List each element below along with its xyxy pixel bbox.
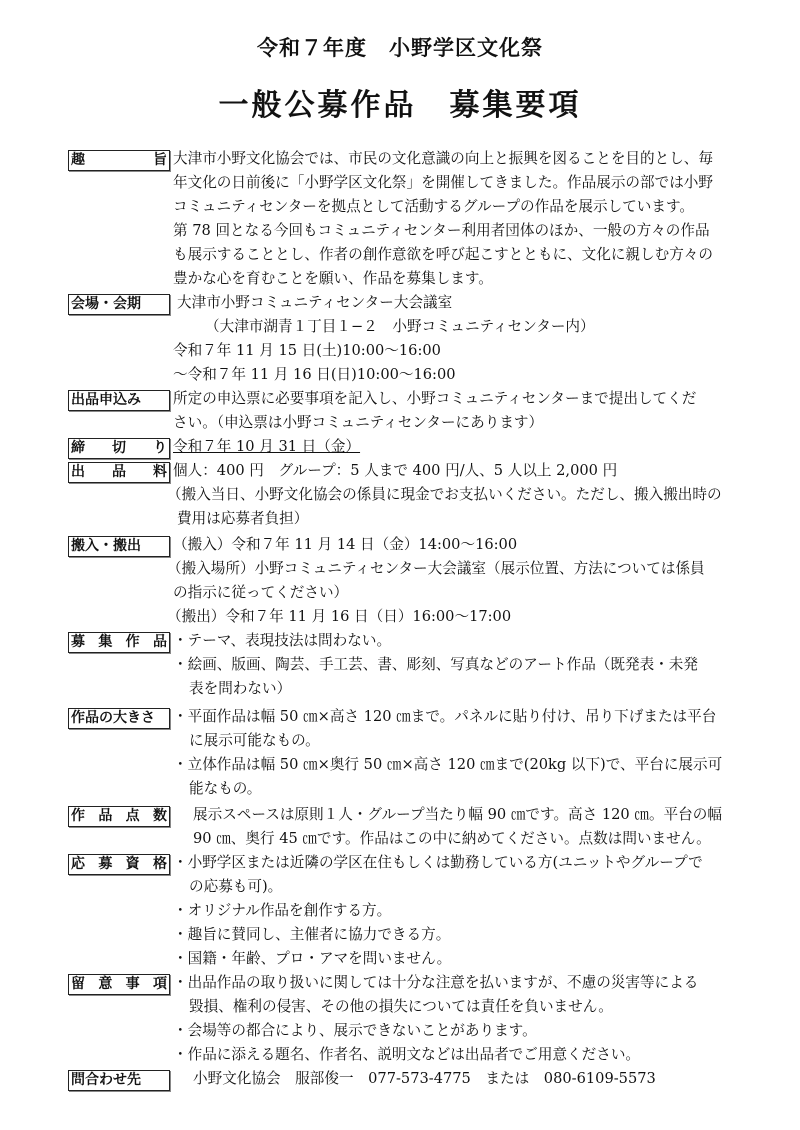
- text-line: 年文化の日前後に「小野学区文化祭」を開催してきました。作品展示の部では小野: [173, 171, 753, 195]
- label-char: 数: [153, 807, 167, 826]
- text-line: （大津市湖青１丁目１−２ 小野コミュニティセンター内）: [173, 315, 753, 339]
- text-line: 豊かな心を育むことを願い、作品を募集します。: [173, 267, 753, 291]
- text-line: 能なもの。: [173, 777, 753, 801]
- section-content-notes: ・出品作品の取り扱いに関しては十分な注意を払いますが、不慮の災害等による 毀損、…: [173, 971, 753, 1067]
- label-char: 事: [126, 975, 140, 994]
- label-text: 出品申込み: [71, 391, 141, 410]
- section-content-application: 所定の申込票に必要事項を記入し、小野コミュニティセンターまで提出してくだ さい。…: [173, 387, 753, 435]
- section-label-eligibility: 応 募 資 格: [68, 854, 170, 875]
- list-item: ・テーマ、表現技法は問わない。: [173, 629, 753, 653]
- section-content-contact: 小野文化協会 服部俊一 077-573-4775 または 080-6109-55…: [173, 1067, 753, 1091]
- section-content-eligibility: ・小野学区または近隣の学区在住もしくは勤務している方(ユニットやグループで の応…: [173, 851, 753, 971]
- document-subtitle: 令和７年度 小野学区文化祭: [0, 32, 800, 62]
- text-line: 90 ㎝、奥行 45 ㎝です。作品はこの中に納めてください。点数は問いません。: [173, 827, 753, 851]
- contact-info: 小野文化協会 服部俊一 077-573-4775 または 080-6109-55…: [173, 1067, 753, 1091]
- document-title: 一般公募作品 募集要項: [0, 80, 800, 124]
- document-page: 令和７年度 小野学区文化祭 一般公募作品 募集要項 趣 旨 大津市小野文化協会で…: [0, 0, 800, 1130]
- label-char: 作: [126, 633, 140, 652]
- text-line: さい。（申込票は小野コミュニティセンターにあります）: [173, 411, 753, 435]
- label-char: 応: [71, 855, 85, 874]
- section-content-works: ・テーマ、表現技法は問わない。 ・絵画、版画、陶芸、手工芸、書、彫刻、写真などの…: [173, 629, 753, 701]
- section-label-application: 出品申込み: [68, 390, 170, 411]
- text-line: に展示可能なもの。: [173, 729, 753, 753]
- label-char: 出: [71, 463, 85, 482]
- text-line: 個人：400 円 グループ：5 人まで 400 円/人、5 人以上 2,000 …: [173, 459, 753, 483]
- section-content-delivery: （搬入）令和７年 11 月 14 日（金）14:00〜16:00 （搬入場所）小…: [173, 533, 753, 629]
- label-char: 品: [112, 463, 126, 482]
- list-item: ・趣旨に賛同し、主催者に協力できる方。: [173, 923, 753, 947]
- text-line: の応募も可)。: [173, 875, 753, 899]
- section-label-fee: 出 品 料: [68, 462, 170, 483]
- list-item: ・平面作品は幅 50 ㎝×高さ 120 ㎝まで。パネルに貼り付け、吊り下げまたは…: [173, 705, 753, 729]
- section-content-size: ・平面作品は幅 50 ㎝×高さ 120 ㎝まで。パネルに貼り付け、吊り下げまたは…: [173, 705, 753, 801]
- section-label-works: 募 集 作 品: [68, 632, 170, 653]
- section-content-venue: 大津市小野コミュニティセンター大会議室 （大津市湖青１丁目１−２ 小野コミュニテ…: [173, 291, 753, 387]
- text-line: （搬出）令和７年 11 月 16 日（日）16:00〜17:00: [167, 605, 753, 629]
- label-char: 料: [153, 463, 167, 482]
- section-label-size: 作品の大きさ: [68, 708, 170, 729]
- section-label-contact: 問合わせ先: [68, 1070, 170, 1091]
- label-char: 旨: [153, 151, 167, 170]
- list-item: ・絵画、版画、陶芸、手工芸、書、彫刻、写真などのアート作品（既発表・未発: [173, 653, 753, 677]
- label-char: 資: [126, 855, 140, 874]
- label-char: 項: [153, 975, 167, 994]
- deadline-date: 令和７年 10 月 31 日（金）: [173, 435, 753, 459]
- label-char: 趣: [71, 151, 85, 170]
- list-item: ・会場等の都合により、展示できないことがあります。: [173, 1019, 753, 1043]
- label-text: 搬入・搬出: [71, 537, 141, 556]
- section-label-purpose: 趣 旨: [68, 150, 170, 171]
- section-label-notes: 留 意 事 項: [68, 974, 170, 995]
- section-content-count: 展示スペースは原則１人・グループ当たり幅 90 ㎝です。高さ 120 ㎝。平台の…: [173, 803, 753, 851]
- section-label-count: 作 品 点 数: [68, 806, 170, 827]
- text-line: 費用は応募者負担）: [173, 507, 753, 531]
- text-line: も展示することとし、作者の創作意欲を呼び起こすとともに、文化に親しむ方々の: [173, 243, 753, 267]
- label-char: 格: [153, 855, 167, 874]
- label-char: 作: [71, 807, 85, 826]
- label-char: 募: [98, 855, 112, 874]
- list-item: ・国籍・年齢、プロ・アマを問いません。: [173, 947, 753, 971]
- list-item: ・立体作品は幅 50 ㎝×奥行 50 ㎝×高さ 120 ㎝まで(20kg 以下)…: [173, 753, 753, 777]
- text-line: 展示スペースは原則１人・グループ当たり幅 90 ㎝です。高さ 120 ㎝。平台の…: [173, 803, 753, 827]
- text-line: 毀損、権利の侵害、その他の損失については責任を負いません。: [173, 995, 753, 1019]
- text-line: 表を問わない）: [173, 677, 753, 701]
- label-char: 締: [71, 439, 85, 458]
- label-text: 作品の大きさ: [71, 709, 155, 728]
- label-text: 会場・会期: [71, 295, 141, 314]
- section-content-fee: 個人：400 円 グループ：5 人まで 400 円/人、5 人以上 2,000 …: [173, 459, 753, 531]
- label-text: 問合わせ先: [71, 1071, 141, 1090]
- label-char: 切: [112, 439, 126, 458]
- list-item: ・小野学区または近隣の学区在住もしくは勤務している方(ユニットやグループで: [173, 851, 753, 875]
- section-content-deadline: 令和７年 10 月 31 日（金）: [173, 435, 753, 459]
- label-char: り: [153, 439, 167, 458]
- text-line: 〜令和７年 11 月 16 日(日)10:00〜16:00: [173, 363, 753, 387]
- text-line: 所定の申込票に必要事項を記入し、小野コミュニティセンターまで提出してくだ: [173, 387, 753, 411]
- text-line: （搬入場所）小野コミュニティセンター大会議室（展示位置、方法については係員: [167, 557, 753, 581]
- label-char: 留: [71, 975, 85, 994]
- text-line: コミュニティセンターを拠点として活動するグループの作品を展示しています。: [173, 195, 753, 219]
- label-char: 意: [98, 975, 112, 994]
- text-line: 令和７年 11 月 15 日(土)10:00〜16:00: [173, 339, 753, 363]
- section-label-deadline: 締 切 り: [68, 438, 170, 459]
- label-char: 品: [153, 633, 167, 652]
- label-char: 品: [98, 807, 112, 826]
- text-line: の指示に従ってください）: [173, 581, 753, 605]
- text-line: （搬入）令和７年 11 月 14 日（金）14:00〜16:00: [173, 533, 753, 557]
- section-label-delivery: 搬入・搬出: [68, 536, 170, 557]
- list-item: ・作品に添える題名、作者名、説明文などは出品者でご用意ください。: [173, 1043, 753, 1067]
- label-char: 点: [126, 807, 140, 826]
- label-char: 集: [98, 633, 112, 652]
- list-item: ・オリジナル作品を創作する方。: [173, 899, 753, 923]
- text-line: 第 78 回となる今回もコミュニティセンター利用者団体のほか、一般の方々の作品: [173, 219, 753, 243]
- section-content-purpose: 大津市小野文化協会では、市民の文化意識の向上と振興を図ることを目的とし、毎 年文…: [173, 147, 753, 291]
- text-line: 大津市小野文化協会では、市民の文化意識の向上と振興を図ることを目的とし、毎: [173, 147, 753, 171]
- list-item: ・出品作品の取り扱いに関しては十分な注意を払いますが、不慮の災害等による: [173, 971, 753, 995]
- label-char: 募: [71, 633, 85, 652]
- text-line: 大津市小野コミュニティセンター大会議室: [173, 291, 753, 315]
- section-label-venue: 会場・会期: [68, 294, 170, 315]
- text-line: （搬入当日、小野文化協会の係員に現金でお支払いください。ただし、搬入搬出時の: [167, 483, 753, 507]
